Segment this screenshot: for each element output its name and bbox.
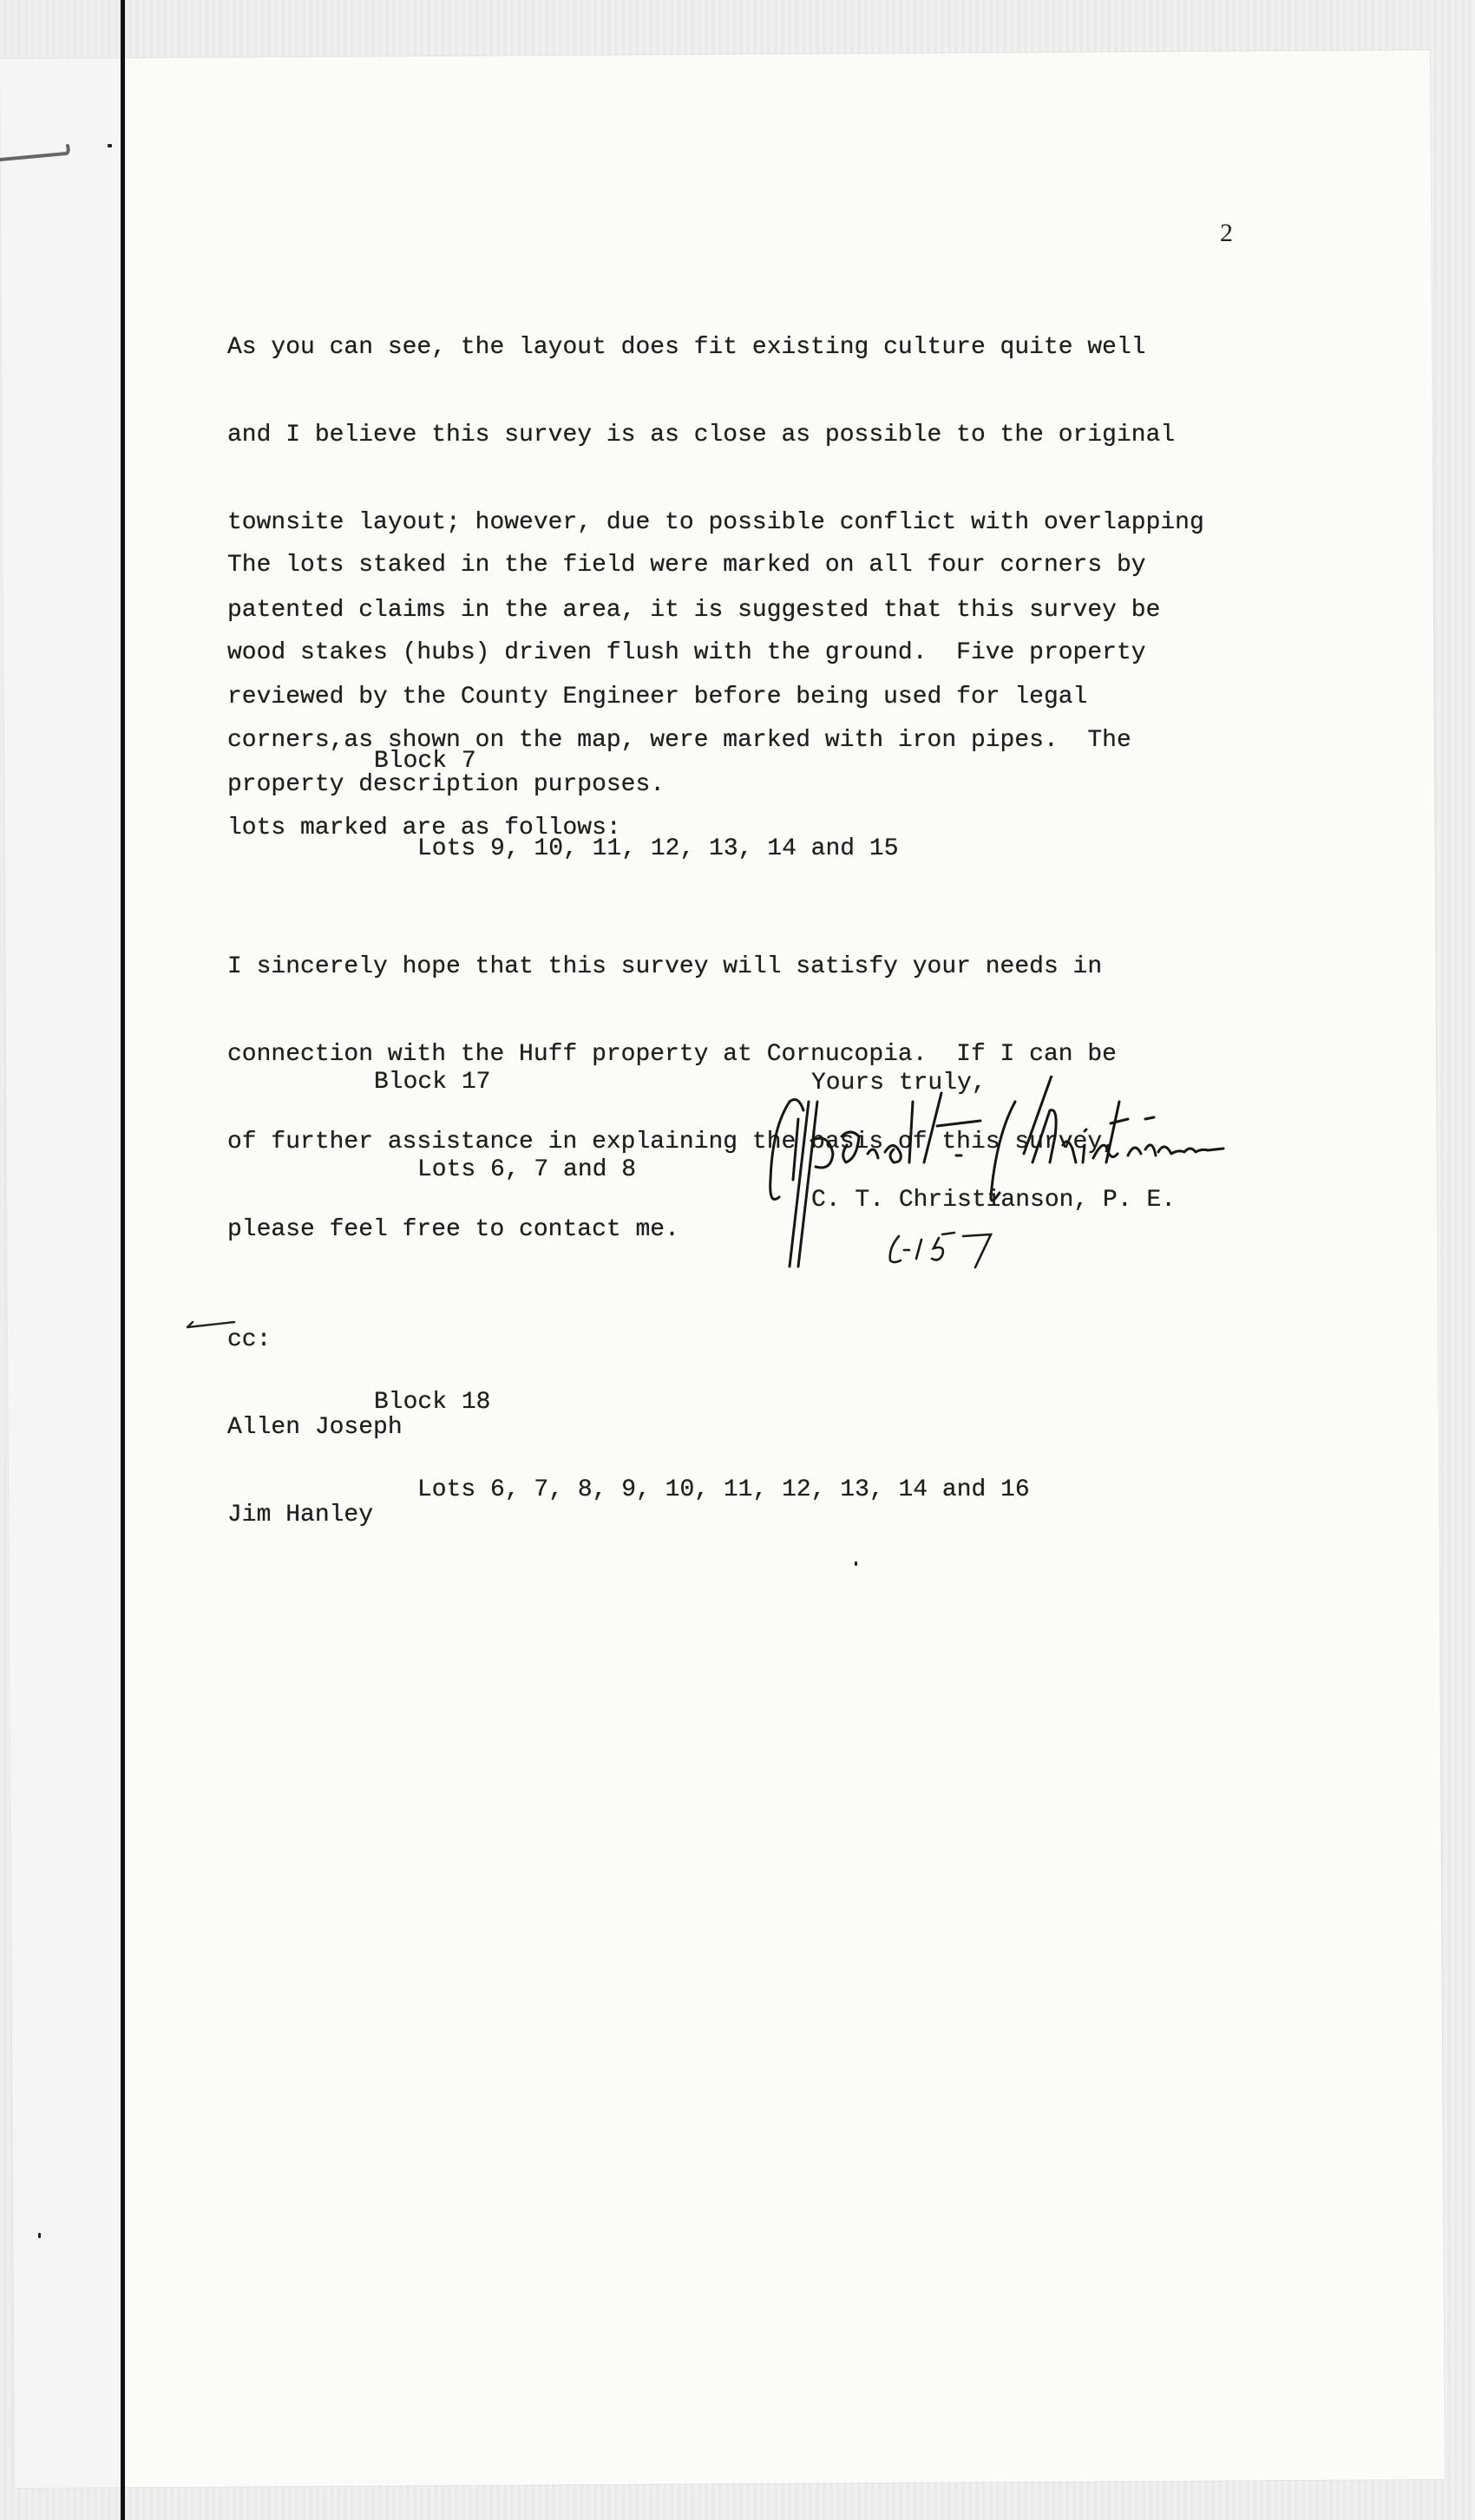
cc-recipient: Jim Hanley <box>227 1501 403 1530</box>
signer-name: C. T. Christianson, P. E. <box>811 1186 1176 1215</box>
block-label: Block 7 <box>374 747 1030 776</box>
scan-speck <box>855 1561 857 1566</box>
text-line: As you can see, the layout does fit exis… <box>227 333 1204 363</box>
handwritten-annotation: C-157 <box>885 1219 1015 1271</box>
page-number: 2 <box>1220 219 1233 248</box>
lots-label: Lots 6, 7, 8, 9, 10, 11, 12, 13, 14 and … <box>374 1476 1030 1505</box>
left-margin-strip <box>0 0 121 2520</box>
block-item: Block 7 Lots 9, 10, 11, 12, 13, 14 and 1… <box>374 689 1030 922</box>
scan-speck <box>108 144 112 147</box>
text-line: The lots staked in the field were marked… <box>227 551 1146 580</box>
text-line: and I believe this survey is as close as… <box>227 421 1204 450</box>
cc-label: cc: <box>227 1325 403 1355</box>
block-label: Block 18 <box>374 1388 1030 1417</box>
check-mark-arrow-icon <box>184 1312 236 1332</box>
text-line: I sincerely hope that this survey will s… <box>227 952 1117 982</box>
binding-edge-line <box>121 0 125 2520</box>
scan-speck <box>38 2233 41 2238</box>
pen-mark-icon <box>0 139 78 165</box>
lots-label: Lots 9, 10, 11, 12, 13, 14 and 15 <box>374 835 1030 864</box>
block-item: Block 18 Lots 6, 7, 8, 9, 10, 11, 12, 13… <box>374 1330 1030 1563</box>
cc-recipient: Allen Joseph <box>227 1413 403 1443</box>
cc-list: cc: Allen Joseph Jim Hanley <box>227 1267 403 1559</box>
text-line: connection with the Huff property at Cor… <box>227 1040 1117 1070</box>
